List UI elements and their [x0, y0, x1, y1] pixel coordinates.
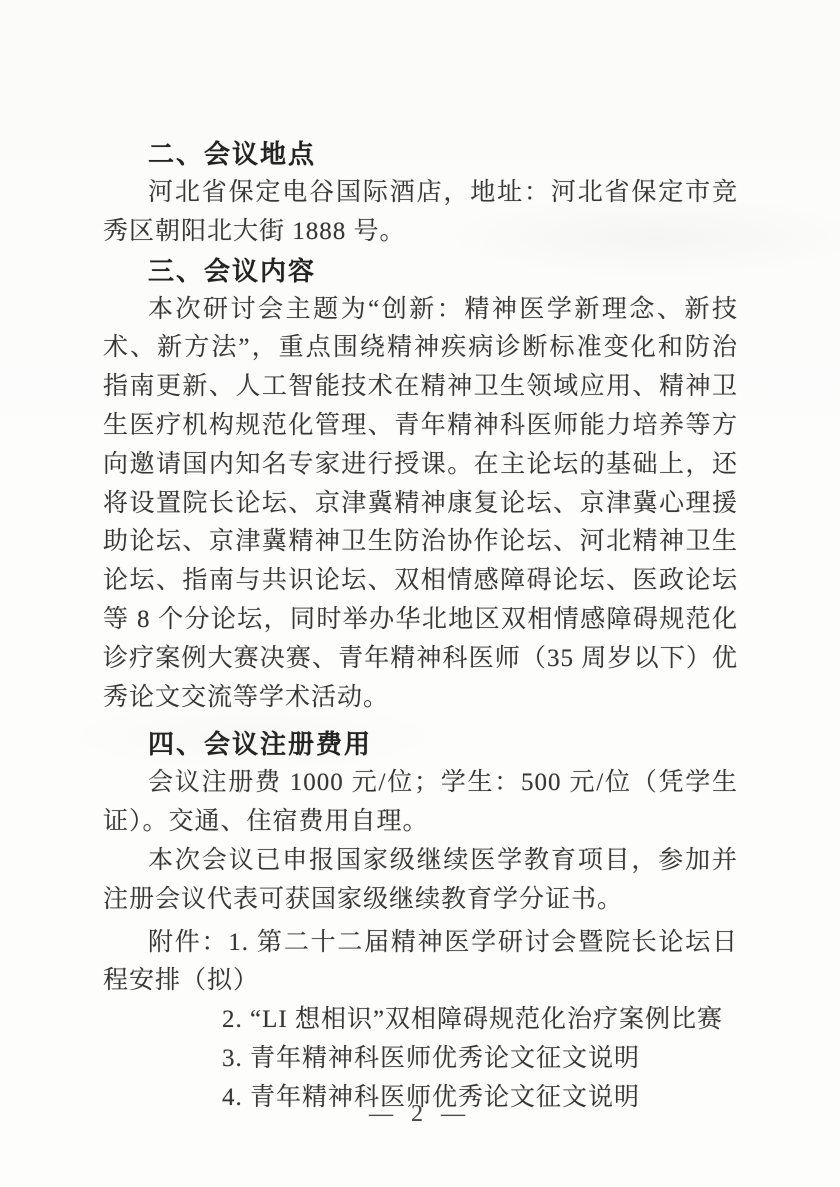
attachment-item-2: 2. “LI 想相识”双相障碍规范化治疗案例比赛 — [222, 1001, 738, 1040]
content-paragraph: 本次研讨会主题为“创新：精神医学新理念、新技术、新方法”，重点围绕精神疾病诊断标… — [103, 291, 738, 718]
attachment-line-first: 附件：1. 第二十二届精神医学研讨会暨院长论坛日程安排（拟） — [103, 924, 738, 1002]
scanned-document-page: { "doc": { "heading_venue": "二、会议地点", "v… — [0, 0, 840, 1187]
section-heading-content: 三、会议内容 — [103, 252, 738, 291]
cme-paragraph: 本次会议已申报国家级继续医学教育项目，参加并注册会议代表可获国家级继续教育学分证… — [103, 842, 738, 920]
attachments-block: 附件：1. 第二十二届精神医学研讨会暨院长论坛日程安排（拟） 2. “LI 想相… — [103, 924, 738, 1118]
venue-paragraph: 河北省保定电谷国际酒店，地址：河北省保定市竞秀区朝阳北大街 1888 号。 — [103, 174, 738, 252]
attachment-item-3: 3. 青年精神科医师优秀论文征文说明 — [222, 1040, 738, 1079]
section-heading-venue: 二、会议地点 — [103, 135, 738, 174]
attachments-label: 附件： — [148, 929, 228, 956]
fee-paragraph: 会议注册费 1000 元/位；学生：500 元/位（凭学生证）。交通、住宿费用自… — [103, 764, 738, 842]
document-body: 二、会议地点 河北省保定电谷国际酒店，地址：河北省保定市竞秀区朝阳北大街 188… — [0, 0, 840, 1118]
section-heading-fee: 四、会议注册费用 — [103, 725, 738, 764]
page-number: — 2 — — [0, 1098, 840, 1130]
